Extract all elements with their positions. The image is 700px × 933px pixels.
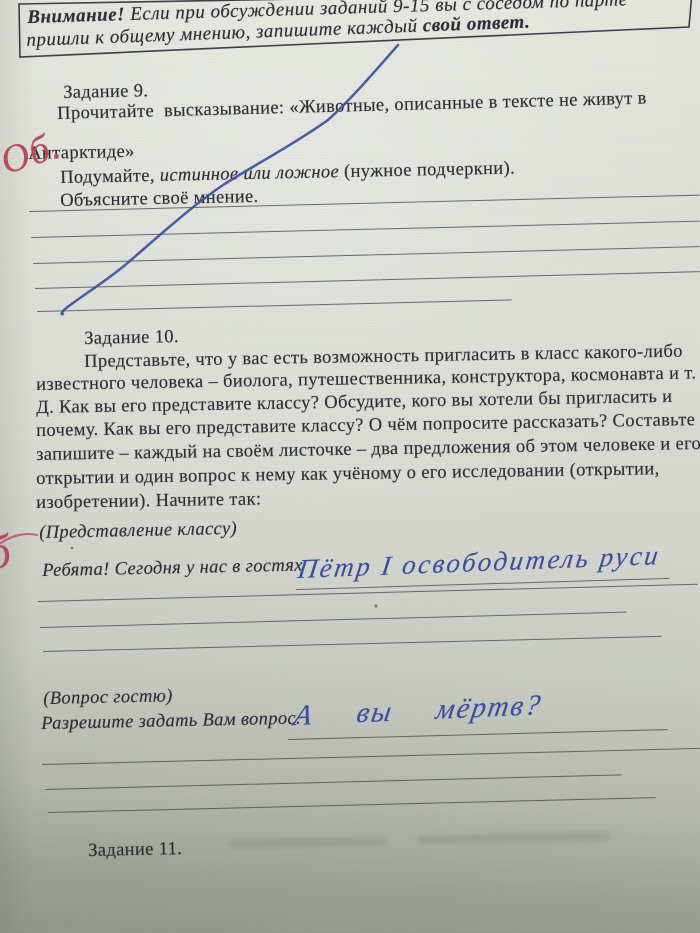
handwritten-question: А вы мёртв? [291,689,544,733]
answer-line [31,221,700,239]
bleed-through-text [418,831,610,844]
attention-label: Внимание! [27,4,125,28]
answer-line [45,774,622,790]
answer-line [42,748,700,765]
bleed-through-text [228,837,386,849]
task11-title: Задание 11. [88,839,182,862]
task9-think-line: Подумайте, истинное или ложное (нужное п… [60,158,515,189]
task9-title: Задание 9. [63,81,149,104]
answer-line [48,797,656,813]
intro-prompt: Ребята! Сегодня у нас в гостях [42,556,303,582]
think-options: истинное или ложное [160,162,340,186]
ink-speck [374,604,377,607]
answer-line [37,299,512,312]
teacher-mark-red: Об. [0,122,67,184]
question-section-label: (Вопрос гостю) [43,686,173,710]
answer-line [33,246,700,264]
answer-line [35,271,700,289]
task10-title: Задание 10. [84,327,179,350]
answer-line [43,636,662,652]
notice-line-2-bold: свой ответ. [422,12,530,37]
task10-paragraph-line: изобретении). Начните так: [36,489,262,514]
think-suffix: (нужное подчеркни). [339,158,515,182]
question-prompt: Разрешите задать Вам вопрос. [41,709,301,735]
think-prefix: Подумайте, [60,166,160,188]
teacher-mark-red-partial: б [0,524,15,581]
worksheet-photo: Внимание! Если при обсуждении заданий 9-… [0,0,700,933]
intro-section-label: (Представление классу) [39,519,237,544]
ink-speck [71,547,74,550]
handwritten-guest-name: Пётр I освободитель руси [296,540,663,585]
answer-line [40,612,627,629]
